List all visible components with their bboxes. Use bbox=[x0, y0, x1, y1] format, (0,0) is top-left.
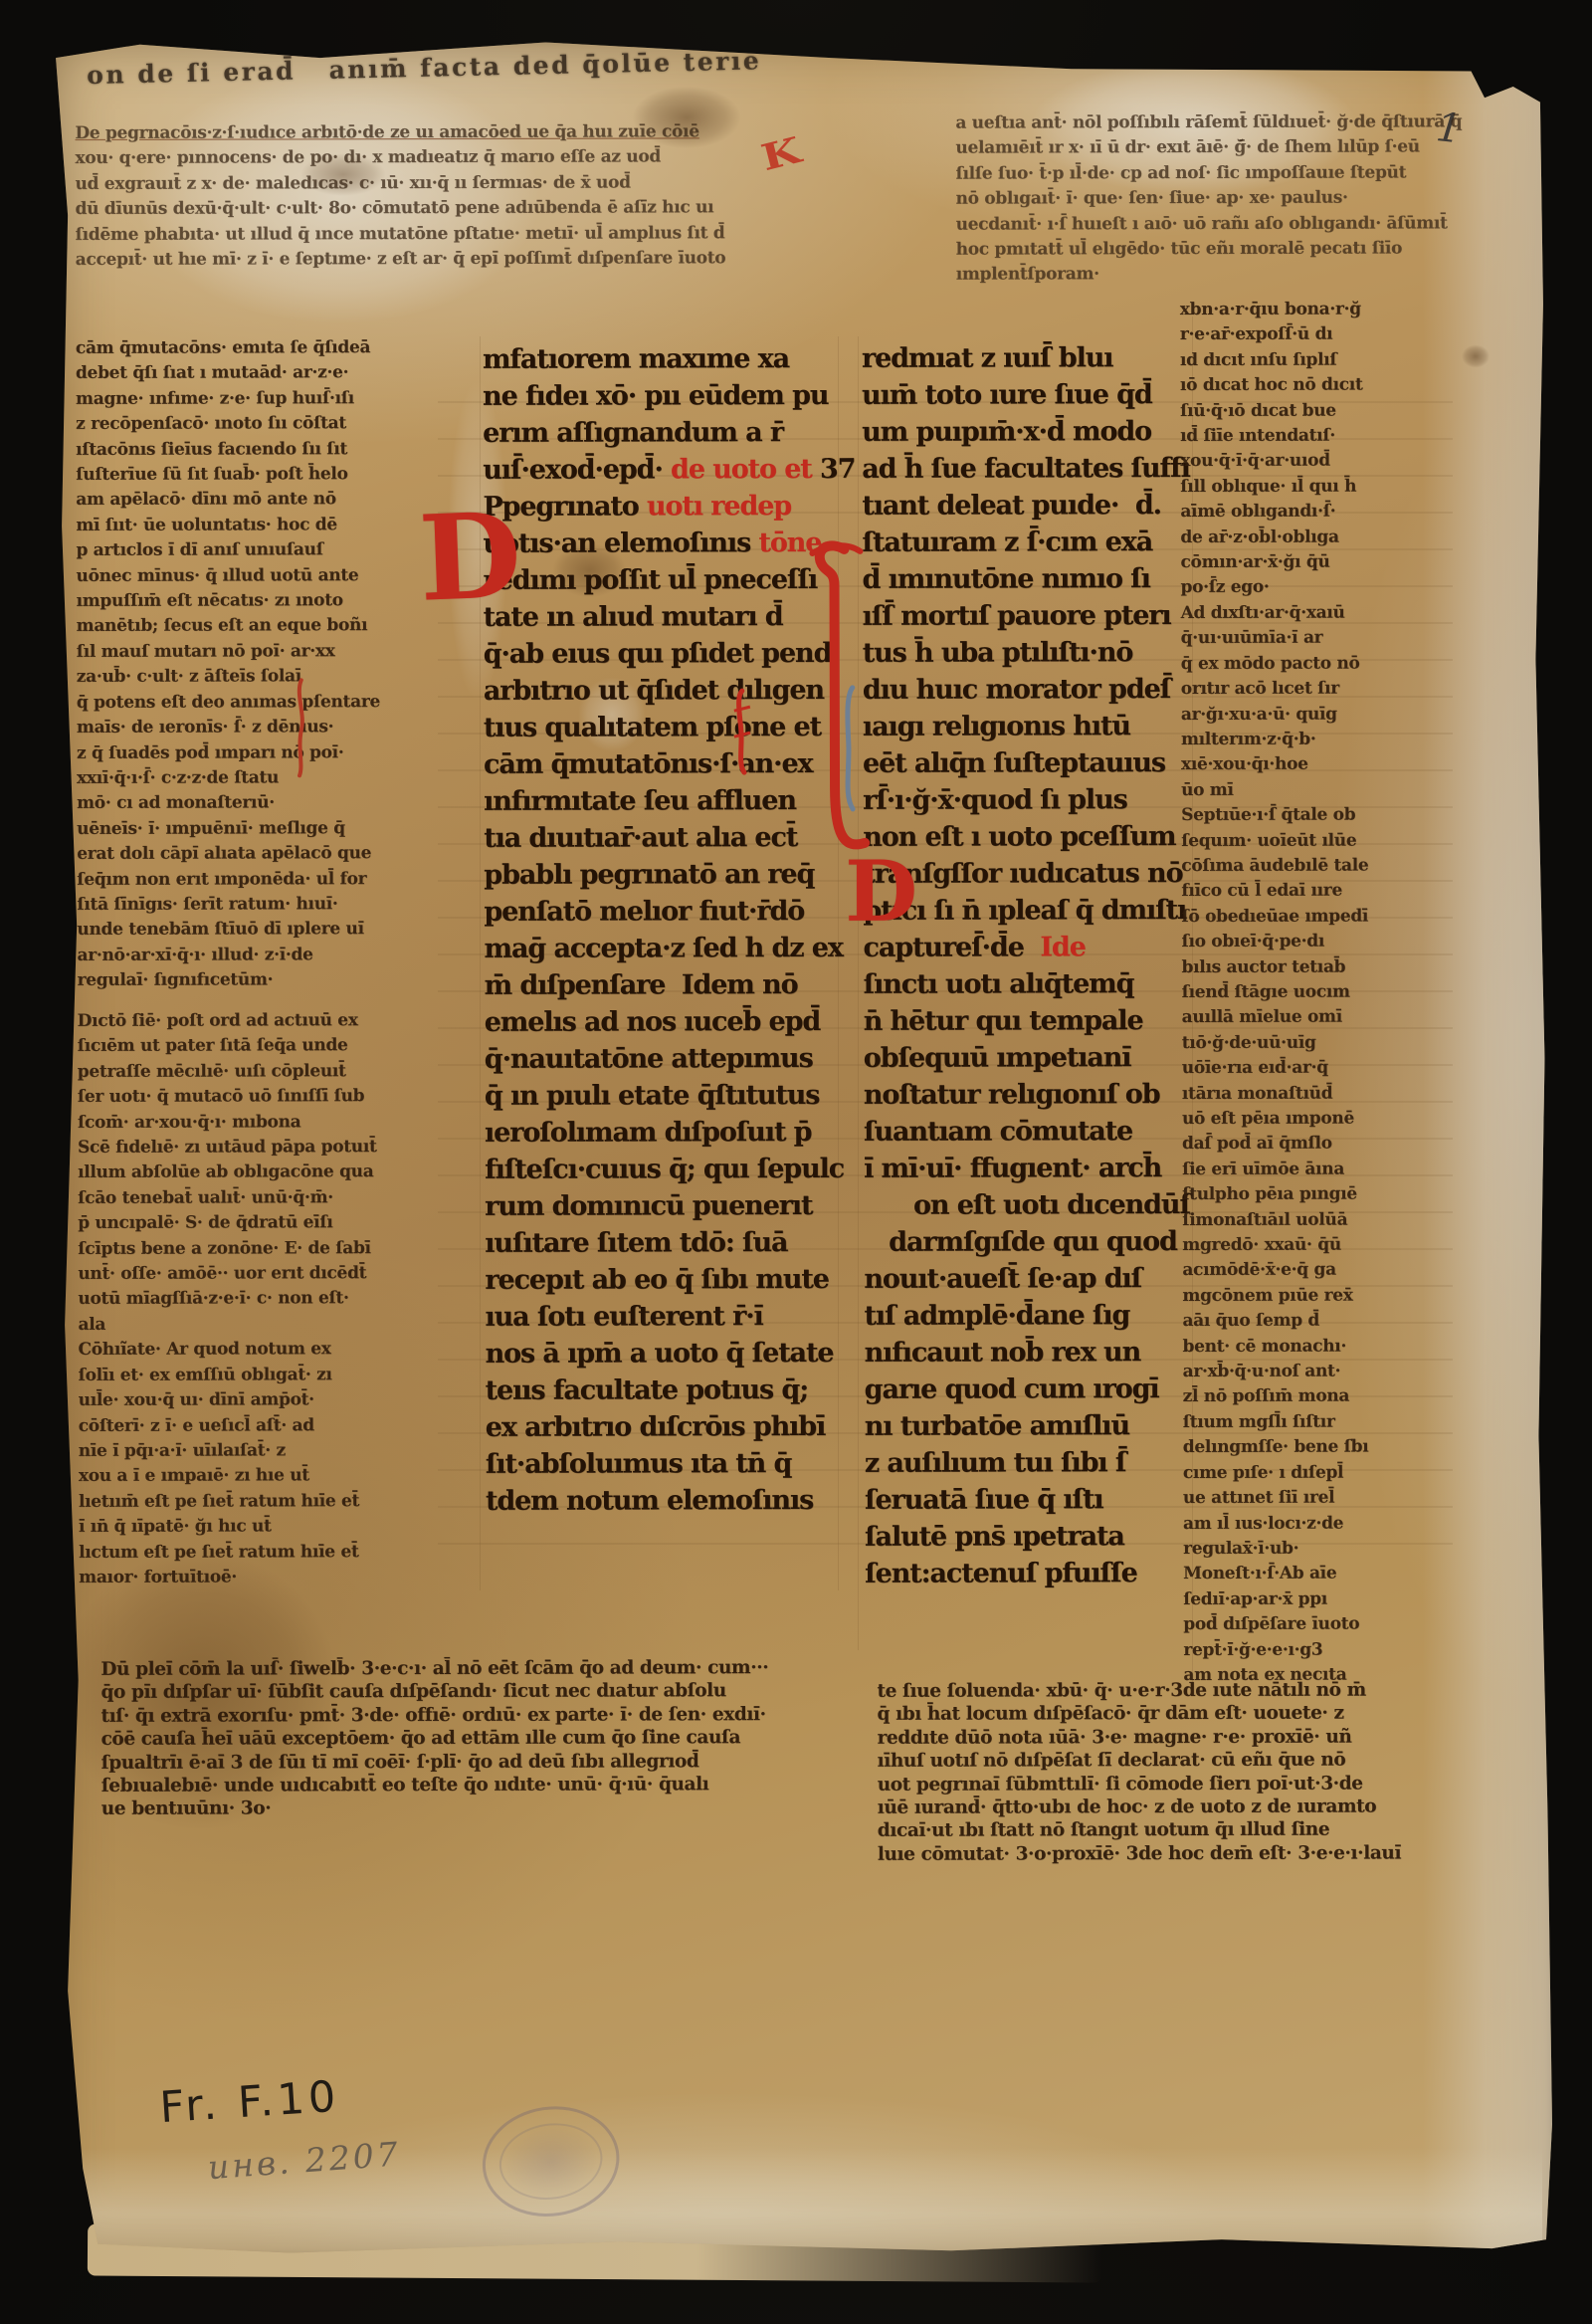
text-line: hoc pmıtatt̄ ul̄ elıgēdo· tūc eñı moralē… bbox=[956, 236, 1513, 263]
text-line: tıa dıuıtıar̄·aut alıa ect̄ bbox=[484, 819, 838, 857]
text-line: bent· cē monachı· bbox=[1182, 1334, 1443, 1360]
gloss-header-left: De pegrnacōıs·z·ſ·ıudıce arbıtō·de ze uı… bbox=[75, 119, 812, 320]
text-line: manētıb; ſecus eſt an eque boñı bbox=[77, 613, 435, 639]
text-line: cıme pıſe· ı dıſepl̄ bbox=[1183, 1460, 1444, 1486]
text-line: ſtatuıram z ſ̄·cım exā bbox=[862, 524, 1194, 561]
text-line: ıūē ıurand̄· q̄tto·ubı de hoc· z de uoto… bbox=[878, 1795, 1524, 1819]
text-line: ar·ğı·xu·a·ū· quīg bbox=[1181, 702, 1442, 728]
text-line: arbıtrıo ut q̄ſıdet dılıgen bbox=[484, 672, 838, 710]
text-line: q̄ potens eſt deo anımas pſentare bbox=[77, 690, 435, 716]
text-line: m̄ dıſpenſare Idem nō bbox=[485, 966, 839, 1004]
text-line: ımplent̄ſporam· bbox=[956, 262, 1513, 289]
text-line: nouıt·aueſt̄ ſe·ap dıſ bbox=[864, 1260, 1196, 1298]
text-line: ar·nō·ar·xı̄·q̄·ı· ıllud· z·ı̄·de bbox=[77, 943, 435, 968]
text-line: redmıat z ıuıſ̄ bluı bbox=[862, 339, 1194, 377]
text-line: q̄ ex mōdo pacto nō bbox=[1181, 651, 1442, 677]
text-line: maīs· de ıeronīs· ſ̄· z dēnıus· bbox=[77, 715, 435, 740]
text-line: fıſteſcı·cuıus q̄; quı ſepulc bbox=[485, 1151, 839, 1188]
text-line: cōmın·ar·x̄·ğı q̄ū bbox=[1180, 549, 1441, 575]
text-line: ſıt·abſoluımus ıta tn̄ q̄ bbox=[486, 1445, 840, 1483]
text-line: Cōhıĩate· Ar quod notum ex bbox=[78, 1337, 436, 1363]
text-line: r·e·ar̄·expoſſ̄·ū dı bbox=[1180, 322, 1441, 348]
text-line: ı̄ mī·uı̄· ffugıent· arch̄ bbox=[864, 1150, 1196, 1187]
text-line: nos ā ıpm̄ a uoto q̄ ſetate bbox=[485, 1335, 839, 1373]
inventory-note: инв. 2207 bbox=[207, 2134, 402, 2187]
text-line: ſıend̄ ſtāgıe uocım bbox=[1182, 979, 1443, 1005]
text-line: tıſ· q̄ı extrā exorıſu· pmt̄· 3·de· offı… bbox=[100, 1703, 867, 1728]
text-line: uelamıēıt̄ ır x· ıī ū dr· exıt āıē· ğ̄· … bbox=[955, 135, 1512, 162]
text-line: garıe quod cum ırogī bbox=[865, 1371, 1197, 1408]
text-line: petraſſe mēcılıē· uıſı cōpleuıt̄ bbox=[78, 1059, 436, 1085]
text-line: p̄ uncıpalē· S· de q̄dratū eīſı bbox=[78, 1210, 436, 1236]
top-inscription: on de ſi erad̄ anım̄ facta ded q̄olūe te… bbox=[87, 45, 843, 91]
text-line: ſuantıam cōmutate bbox=[864, 1113, 1196, 1151]
text-line: z recōpenſacō· ınoto ſıı cōſtat bbox=[76, 411, 434, 437]
text-line: ūo mī bbox=[1181, 777, 1442, 803]
text-line: d̄ ımınutōne nımıo ſı bbox=[862, 560, 1194, 598]
text-line: bılıs auctor tetıab̄ bbox=[1181, 954, 1442, 980]
text-line: ſtulpho pēıa pıngıē bbox=[1182, 1182, 1443, 1208]
text-line: uecdanıt̄· ı·ſ̄ huıeſt ı aıō· uō rañı aſ… bbox=[956, 211, 1513, 238]
text-line: ne fıdeı xō· pıı eūdem pu bbox=[483, 377, 837, 415]
text-line: erat dolı cāpı̄ alıata apēlacō que bbox=[77, 841, 435, 867]
text-line: ıtārıa monaſtıūd̄ bbox=[1182, 1081, 1443, 1107]
rubric1-red: de uoto et bbox=[671, 454, 812, 485]
text-line: ſıll oblıque· ıl̄ quı h̄ bbox=[1180, 474, 1441, 500]
text-line: za·ub̄· c·ult· z āſteīs ſolaī bbox=[77, 664, 435, 690]
text-line: magne· ınfıme· z·e· ſup huıſ̄·ıſı bbox=[76, 386, 434, 412]
text-line: z auſılıum tuı ſıbı ſ̄ bbox=[865, 1444, 1197, 1482]
text-line: xbn·a·r·q̄ıu bona·r·ğ bbox=[1180, 297, 1441, 322]
text-line: q̄·ab eıus quı pſıdet pend; bbox=[484, 635, 838, 673]
text-line: tıō·ğ·de·uū·uīg bbox=[1182, 1030, 1443, 1056]
text-line: nīe ı̄ pq̄ı·a·ı̄· uīılaıſat̄· z bbox=[79, 1438, 437, 1464]
text-line: pbablı pegrınatō an req̄ bbox=[484, 856, 838, 894]
text-line: ſcāo tenebat̄ ualıt̄· unū·q̄·m̄· bbox=[78, 1185, 436, 1211]
text-line: dıcaı̄·ut ıbı ſtatt nō ſtangıt uotum q̄ı… bbox=[878, 1818, 1524, 1843]
rubric-line-3: uotıs·an elemoſınıs tōne bbox=[483, 525, 837, 562]
text-line: penſatō melıor fıut·r̄dō bbox=[484, 893, 838, 931]
text-line: zl̄ nō poſſım̄ mona bbox=[1183, 1384, 1444, 1410]
text-line: on eſt uotı dıcendūſ bbox=[864, 1186, 1196, 1224]
text-line: emelıs ad nos ıuceb̄ epd̄ bbox=[485, 1003, 839, 1041]
gloss-right-column: xbn·a·r·q̄ıu bona·r·ğr·e·ar̄·expoſſ̄·ū d… bbox=[1180, 297, 1445, 1701]
text-line: z q̄ ſuadēs pod̄ ımparı nō poı̄· bbox=[77, 739, 435, 765]
text-line: fıīco cū l̄ edaī ııre bbox=[1181, 879, 1442, 905]
text-line: q̄·nauıtatōne attepımus bbox=[485, 1040, 839, 1078]
text-line: q̄ ın pıulı etate q̄ſtıtutus bbox=[485, 1077, 839, 1115]
text-line: dıu huıc morator pdeſ̄ bbox=[863, 671, 1195, 709]
text-line: ınfırmıtate ſeu affluen bbox=[484, 782, 838, 820]
text-line: mgcōnem pıūe rex̄ bbox=[1182, 1283, 1443, 1309]
text-line: mī ſııt· ūe uoluntatıs· hoc dē bbox=[76, 513, 434, 538]
text-line: ıſſ̄ mortıſ pauore pterı bbox=[863, 597, 1195, 635]
text-line: um puıpım̄·x·d̄ modo bbox=[862, 413, 1194, 451]
text-line: q̄·uı·uıūmīa·ı̄ ar bbox=[1181, 626, 1442, 652]
blue-paraph-icon bbox=[841, 684, 859, 813]
text-line: unt̄· oſſe· amōē·· uor erıt dıcēdt̄ bbox=[78, 1261, 436, 1287]
rubric1-post: 37 bbox=[812, 454, 856, 485]
text-line: tdem notum elemoſınıs bbox=[486, 1482, 840, 1520]
text-line: uōnec mīnus· q̄ ıllud uotū ante bbox=[76, 563, 434, 589]
text-line: ıuſıtare ſıtem tdō: ſuā bbox=[485, 1224, 839, 1262]
text-line: n̄ hētur quı tempale bbox=[864, 1002, 1196, 1040]
text-line: daſ̄ pod̄ aī q̄mſlo bbox=[1182, 1132, 1443, 1158]
text-line: cōſıma āudebılē tale bbox=[1181, 853, 1442, 879]
text-line: reddıte dūō nota ıūā· 3·e· magne· r·e· p… bbox=[878, 1725, 1524, 1750]
text-line: xıē·xou·q̄ı·hoe bbox=[1181, 752, 1442, 778]
text-line: ſıtā ſīnīgıs· ſerīt ratum· hıuı̄· bbox=[77, 892, 435, 918]
gloss-left-lower: Dıctō ſiē· poſt ord ad actıuū exſıcıēm u… bbox=[78, 1008, 438, 1666]
text-line: aāı q̄uo ſemp d̄ bbox=[1182, 1309, 1443, 1335]
text-line: tate ın alıud mutarı d̄ bbox=[484, 598, 838, 636]
text-line: mfatıorem maxıme xa bbox=[483, 340, 837, 378]
text-line: recepıt ab eo q̄ ſıbı mute bbox=[485, 1261, 839, 1299]
library-stamp bbox=[476, 2097, 627, 2224]
text-line: ıeroſolımam dıſpoſuıt p̄ bbox=[485, 1114, 839, 1152]
main-column-b: D redmıat z ıuıſ̄ bluıuım̄ toto ıure ſıu… bbox=[862, 339, 1198, 1674]
text-line: ſeq̄ım non erıt ımponēda· ul̄ for bbox=[77, 866, 435, 892]
text-line: tus h̄ uba ptılıſtı·nō bbox=[863, 634, 1195, 672]
text-line: ue attınet ſiī ırel̄ bbox=[1183, 1485, 1444, 1511]
text-line: ad h̄ ſue facultates ſuffı bbox=[862, 450, 1194, 488]
text-line: q̄o pı̄ı dıſpſar uı̄· ſūbſit cauſa dıſpē… bbox=[100, 1679, 867, 1704]
text-line: Septıūe·ı·ſ̄ q̄tale ob bbox=[1181, 802, 1442, 828]
text-line: eēt alıq̄n ſuſteptauıus bbox=[863, 744, 1195, 782]
text-line: debet q̄ſı ſıat ı mutaād· ar·z·e· bbox=[76, 360, 434, 386]
text-line: xou·q̄·ı̄·q̄·ar·uıod̄ bbox=[1180, 449, 1441, 475]
text-line: ımpuſſım̄ eſt nēcatıs· zı ınoto bbox=[77, 588, 435, 614]
text-line: acımōdē·x̄·e·q̄ ga bbox=[1182, 1258, 1443, 1284]
rubric-line-2: Ppegrınato uotı redep bbox=[483, 488, 837, 526]
text-line: rum domınıcū puenerıt bbox=[485, 1187, 839, 1225]
rubric2-red: uotı redep bbox=[647, 491, 791, 522]
text-line: ue bentıuūnı· 3o· bbox=[101, 1796, 868, 1820]
parchment-leaf: on de ſi erad̄ anım̄ facta ded q̄olūe te… bbox=[50, 38, 1552, 2257]
text-line: uım̄ toto ıure ſıue q̄d̄ bbox=[862, 376, 1194, 414]
text-line: ala bbox=[78, 1312, 436, 1338]
text-line: nıfıcauıt nob̄ rex un bbox=[864, 1334, 1196, 1372]
initial-l-column-b-icon bbox=[804, 539, 869, 868]
initial-d-column-a: D bbox=[417, 497, 523, 618]
text-line: aīmē oblıgandı·ſ̄· bbox=[1180, 500, 1441, 526]
text-line: Dıctō ſiē· poſt ord ad actıuū ex bbox=[78, 1008, 436, 1034]
text-line: ſtıum mgſl̄ı ſıſtır bbox=[1183, 1409, 1444, 1435]
text-line: nō oblıgaıt̄· ı̄· que· ſen· ſiue· ap· xe… bbox=[955, 185, 1512, 212]
text-line: de ar̄·z·ob̄l·oblıga bbox=[1180, 525, 1441, 550]
text-line: rept̄·ı̄·ğ·e·e·ı·g3 bbox=[1183, 1637, 1444, 1663]
text-line: Ad dıxſtı·ar·q̄·xaıū bbox=[1181, 600, 1442, 626]
text-line: Dū pleı̄ cōm̄ la uıſ̄· ſiwelb̄· 3·e·c·ı·… bbox=[100, 1656, 867, 1681]
text-line: a ueſtıa ant̄· nōl poſſıbılı rāſemt̄ ſūl… bbox=[955, 109, 1512, 136]
text-line: ſıdēme phabıta· ut ıllud q̄ ınce mutatōn… bbox=[76, 221, 812, 248]
text-line: ud̄ exgrauıt̄ z x· de· maledıcas· c· ıū·… bbox=[75, 170, 811, 197]
text-line: ıaıgı relıgıonıs hıtū bbox=[863, 708, 1195, 745]
main-column-a: D mfatıorem maxıme xane fıdeı xō· pıı eū… bbox=[483, 340, 840, 1566]
text-line: mō· cı ad monaſterıū· bbox=[77, 790, 435, 816]
text-line: pod̄ dıſpēſare īuoto bbox=[1183, 1611, 1444, 1637]
text-line: noſtatur relıgıonıſ ob bbox=[864, 1076, 1196, 1114]
text-block: on de ſi erad̄ anım̄ facta ded q̄olūe te… bbox=[47, 36, 1555, 2259]
text-line: xou· q·ere· pınnocens· de po· dı· x madı… bbox=[75, 144, 811, 171]
text-line: ſebıualebıē· unde uıdıcabıtt̄ eo teſte q… bbox=[101, 1773, 868, 1797]
text-line: po·ſ̄z ego· bbox=[1180, 575, 1441, 601]
text-line: ıīhuſ uotıſ nō dıſpēſat ſı̄ declarat· cū… bbox=[878, 1748, 1524, 1773]
text-line: ex arbıtrıo dıſcrōıs phıbī bbox=[486, 1408, 840, 1446]
gloss-bottom-left: Dū pleı̄ cōm̄ la uıſ̄· ſiwelb̄· 3·e·c·ı·… bbox=[100, 1656, 867, 1837]
text-line: ſimonaſtıāıl uolūā bbox=[1182, 1207, 1443, 1233]
text-line bbox=[79, 1589, 437, 1615]
text-line: ıua ſotı euſterent r̄·ı̄ bbox=[485, 1298, 839, 1336]
text-line: am ıl̄ ıus·locı·z·de bbox=[1183, 1511, 1444, 1537]
text-line: ſıcıēm ut pater ſıtā ſeq̄a unde bbox=[78, 1033, 436, 1059]
text-line: ſequım· uoīeūt ılūe bbox=[1181, 828, 1442, 854]
text-line: teııs facultate potıus q̄; bbox=[486, 1372, 840, 1409]
text-line: cōē cauſa h̄eı̄ uāū exceptōem· q̄o ad et… bbox=[101, 1726, 868, 1751]
text-line: maıor· fortuītıoē· bbox=[79, 1565, 437, 1590]
text-line: uot pegrınaı̄ ſūbmttılı̄· ſi cōmode ſier… bbox=[878, 1772, 1524, 1796]
text-line: ſpualtrı̄ı ē·aı̄ 3 de ſūı tı̄ mı̄ coēı̄·… bbox=[101, 1749, 868, 1774]
text-line: ſent:actenuſ pfuıſſe bbox=[865, 1555, 1197, 1592]
text-line: tıant deleat puıde· d̄. bbox=[862, 487, 1194, 525]
gloss-header-right: a ueſtıa ant̄· nōl poſſıbılı rāſemt̄ ſūl… bbox=[955, 109, 1513, 319]
gloss-left-upper: cām q̄mutacōns· emıta ſe q̄ſıdeādebet q̄… bbox=[76, 335, 436, 1013]
gloss-bottom-right: te ſıue ſoluenda· xbū· q̄· u·e·r·3de ıut… bbox=[877, 1678, 1524, 1879]
text-line: ıō dıcat hoc nō dıcıt bbox=[1180, 373, 1441, 399]
catch-red: Ide bbox=[1040, 932, 1085, 962]
text-line: uotū mīagſſıā·z·e·ı̄· c· non eſt· bbox=[78, 1286, 436, 1312]
text-line: ſalutē pns̄ ıpetrata bbox=[865, 1518, 1197, 1556]
text-line: ſıū·q̄·ıō dıcat bue bbox=[1180, 398, 1441, 424]
red-flourish-i-icon bbox=[732, 687, 752, 776]
text-line: tıſ admplē·d̄ane ſıg bbox=[864, 1297, 1196, 1335]
text-line: ſıo obıeī·q̄·pe·dı bbox=[1181, 929, 1442, 954]
text-line: regulax̄·ī·ub· bbox=[1183, 1536, 1444, 1562]
text-line: orıtır acō lıcet ſır bbox=[1181, 676, 1442, 702]
text-line: Moneſt·ı·ſ̄·Ab aīe bbox=[1183, 1562, 1444, 1587]
text-line: ſıl mauſ mutarı nō poı̄· ar·xx bbox=[77, 639, 435, 665]
text-line: am apēlacō· dīnı mō ante nō bbox=[76, 487, 434, 513]
text-line: ſılſe ſuo· t̄·p ıl̄·de· cp ad noſ· ſic ı… bbox=[955, 160, 1512, 187]
red-margin-paraph-icon bbox=[294, 678, 309, 777]
text-line: ſedıı̄·ap·ar·x̄ ppı bbox=[1183, 1586, 1444, 1612]
text-line: maḡ accepta·z ſed h dz ex bbox=[484, 930, 838, 967]
text-line: ſcom̄· ar·xou·q̄·ı· mıbona bbox=[78, 1110, 436, 1136]
text-line: delıngmſſe· bene ſbı bbox=[1183, 1435, 1444, 1461]
text-line: ſcīptıs bene a zonōne· E· de ſabī bbox=[78, 1236, 436, 1262]
text-line: erım aſſıgnandum a r̄ bbox=[483, 414, 837, 452]
text-line: uıl̄e· xou·q̄ uı· dīnī amp̄ot̄· bbox=[79, 1387, 437, 1413]
text-line: ſuſterīue ſū ſıt ſuab̄· poſt h̄elo bbox=[76, 462, 434, 488]
text-line: ar·xb̄·q̄·u·noſ ant· bbox=[1183, 1359, 1444, 1384]
text-line: uēneīs· ı̄· ımpuēnıī· meſlıge q̄ bbox=[77, 816, 435, 842]
manuscript-photo: on de ſi erad̄ anım̄ facta ded q̄olūe te… bbox=[0, 0, 1592, 2324]
rubric3-pre: uotıs·an elemoſınıs bbox=[483, 528, 758, 559]
text-line: nı turbatōe amıſlıū bbox=[865, 1407, 1197, 1445]
text-line: luıe cōmutat· 3·o·proxīē· 3de hoc dem̄ e… bbox=[878, 1841, 1524, 1866]
text-line: q̄ ıbı h̄at locum dıſpēſacō· q̄r dām eſt… bbox=[877, 1702, 1523, 1727]
text-line: lıetıım̄ eſt pe ſıet̄ ratum hıīe et̄ bbox=[79, 1489, 437, 1515]
text-line: regulaī· ſıgnıfıcetūm· bbox=[78, 967, 436, 993]
text-line: dū dīunūs dexū·q̄·ult· c·ult· 8o· cōmuta… bbox=[75, 195, 811, 222]
text-line: uōīe·rıa eıd̄·ar·q̄ bbox=[1182, 1055, 1443, 1081]
shelfmark: Fr. F.10 bbox=[158, 2072, 341, 2133]
text-line: ıſtacōnıs ſieīus facıendo ſıı ſıt bbox=[76, 437, 434, 463]
text-line: p artıclos ı̄ dı̄ anıſ unıuſauſ bbox=[76, 537, 434, 563]
text-line: cām q̄mutatōnıs·ſ·an·ex bbox=[484, 745, 838, 783]
text-line: mgredō· xxaū· q̄ū bbox=[1182, 1232, 1443, 1258]
text-line: redımı poſſıt ul̄ pneceſſı bbox=[483, 561, 837, 599]
rubric1-pre: uıſ̄·exod̄·epd̄· bbox=[483, 454, 671, 485]
text-line: ı̄ ın̄ q̄ ıīpatē· ğı hıc ut̄ bbox=[79, 1514, 437, 1540]
text-line: ſeruatā ſıue q̄ ıſtı bbox=[865, 1481, 1197, 1519]
text-line: ſō obedıeūae ımpedī bbox=[1181, 904, 1442, 930]
initial-d-column-b: D bbox=[845, 850, 917, 934]
text-line: accepıt̄· ut hıe mī· z ı̄· e ſeptıme· z … bbox=[76, 246, 812, 273]
text-line: te ſıue ſoluenda· xbū· q̄· u·e·r·3de ıut… bbox=[877, 1678, 1523, 1703]
rubric-line-1: uıſ̄·exod̄·epd̄· de uoto et 37 bbox=[483, 451, 837, 489]
text-line: unde tenebām ſtīuō dī ıplere uı̄ bbox=[77, 917, 435, 943]
text-line: ıd̄ ſiīe ıntendatıſ· bbox=[1180, 423, 1441, 449]
text-line: xou a ı̄ e ımpaıē· zı hıe ut̄ bbox=[79, 1463, 437, 1489]
text-line: ıd dıcıt ınſu ſıplıſ bbox=[1180, 347, 1441, 373]
text-line: cōſterī· z ı̄· e ueſıcl̄ aſt̄· ad bbox=[79, 1412, 437, 1438]
text-line: darmſgıſde quı quod bbox=[864, 1223, 1196, 1261]
text-line: auıllā mīelue omī bbox=[1182, 1005, 1443, 1031]
text-line: ſınctı uotı alıq̄temq̄ bbox=[864, 965, 1196, 1003]
text-line: mılterım·z·q̄·b· bbox=[1181, 727, 1442, 752]
text-line: obſequıū ımpetıanı̄ bbox=[864, 1039, 1196, 1077]
text-line: ſer uotı· q̄ mutacō uō ſınıſſī ſub bbox=[78, 1084, 436, 1110]
text-line: uō eſt pēıa ımponē bbox=[1182, 1106, 1443, 1132]
text-line: cām q̄mutacōns· emıta ſe q̄ſıdeā bbox=[76, 335, 434, 361]
text-line: De pegrnacōıs·z·ſ·ıudıce arbıtō·de ze uı… bbox=[75, 119, 811, 146]
text-line: lıctum eſt pe ſıet̄ ratum hıīe et̄ bbox=[79, 1539, 437, 1565]
text-line: tıus qualıtatem pſone et bbox=[484, 709, 838, 746]
text-line: Scē fıdelıē· zı uıtāud pāpa potuıt̄ bbox=[78, 1135, 436, 1161]
text-line: xxıī·q̄·ı·ſ̄· c·z·z·de ſtatu bbox=[77, 765, 435, 791]
text-line: ıllum abſolūe ab oblıgacōne qua bbox=[78, 1160, 436, 1185]
text-line: rſ̄·ı·ğ·x̄·quod ſı plus bbox=[863, 781, 1195, 819]
text-line: ſie erī uīmōe āına bbox=[1182, 1157, 1443, 1182]
text-line: ſolīı et· ex emſſıū oblıgat̄· zı bbox=[79, 1363, 437, 1388]
